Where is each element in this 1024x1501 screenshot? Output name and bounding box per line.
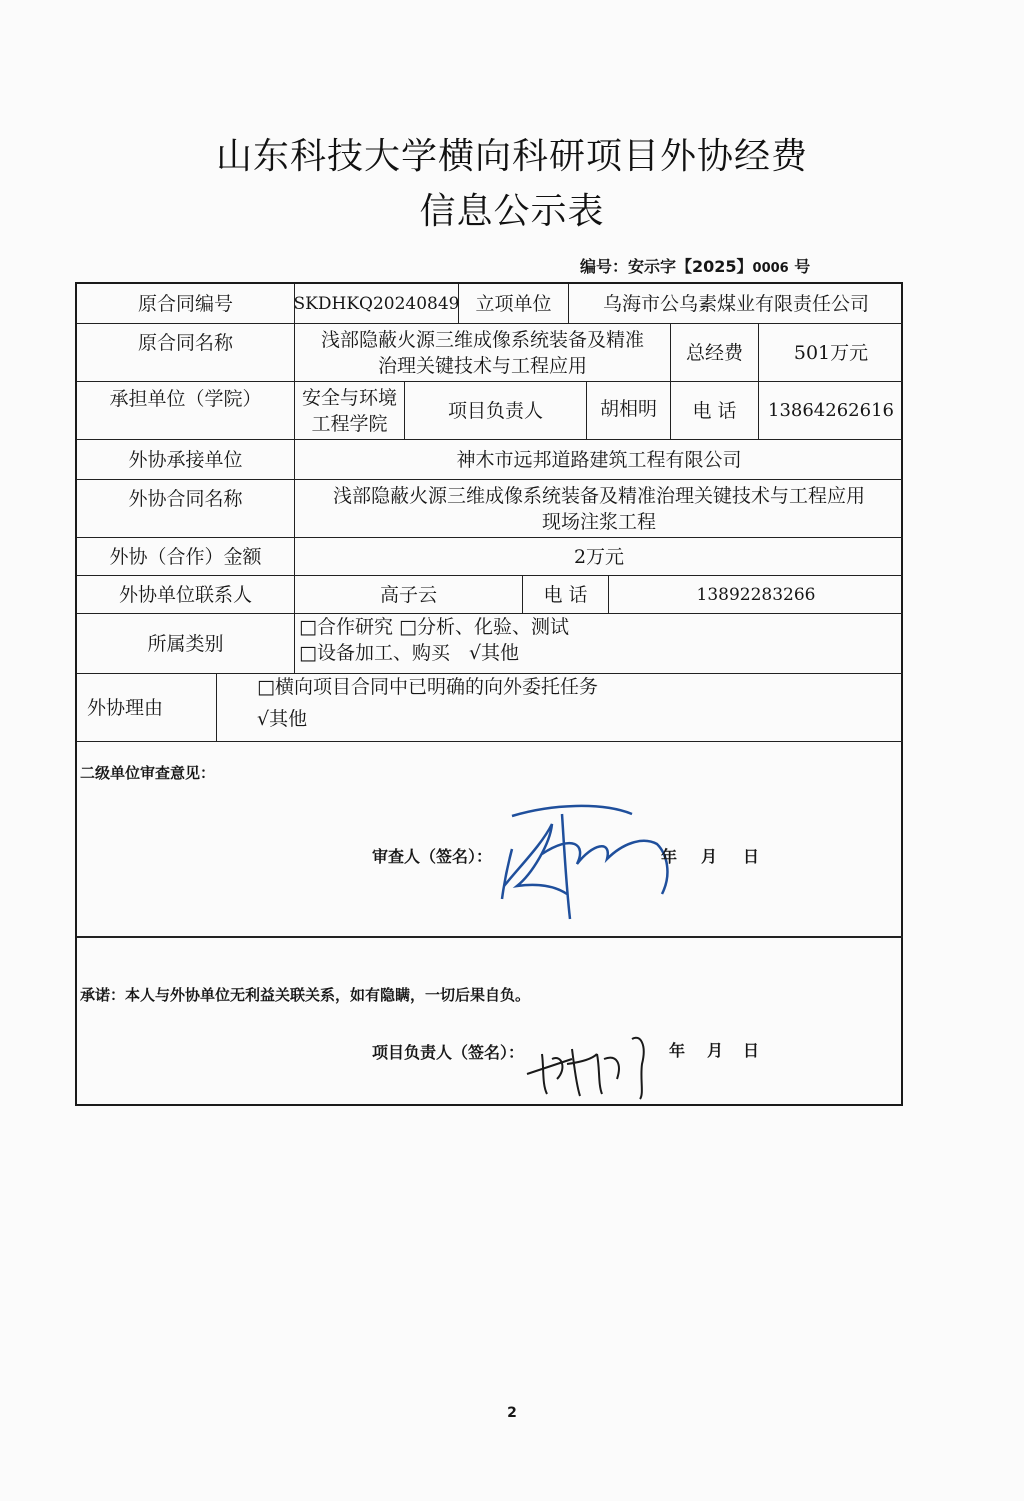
label-outsourcing-amount: 外协（合作）金额 — [77, 538, 295, 576]
label-project-unit: 立项单位 — [459, 284, 569, 324]
label-outsourcing-contact: 外协单位联系人 — [77, 576, 295, 614]
info-table: 原合同编号 SKDHKQ20240849 立项单位 乌海市公乌素煤业有限责任公司… — [75, 282, 903, 1106]
outsourcing-amount: 2万元 — [295, 538, 903, 576]
project-unit: 乌海市公乌素煤业有限责任公司 — [569, 284, 903, 324]
document-title-line1: 山东科技大学横向科研项目外协经费 — [0, 128, 1024, 179]
phone-2: 13892283266 — [609, 576, 903, 614]
review-date-day: 日 — [743, 844, 759, 867]
doc-number-suffix: 号 — [789, 257, 811, 276]
label-original-contract-name: 原合同名称 — [77, 324, 295, 382]
leader-date-day: 日 — [743, 1038, 759, 1061]
original-contract-name-line1: 浅部隐蔽火源三维成像系统装备及精准 — [321, 327, 644, 353]
document-title-line2: 信息公示表 — [0, 183, 1024, 234]
outsourcing-contact: 高子云 — [295, 576, 523, 614]
original-contract-name-line2: 治理关键技术与工程应用 — [378, 353, 587, 379]
category-options-line2: □设备加工、购买 √其他 — [299, 640, 519, 666]
leader-signature-label: 项目负责人（签名）： — [372, 1040, 524, 1063]
promise-statement: 承诺：本人与外协单位无利益关联关系，如有隐瞒，一切后果自负。 — [80, 984, 530, 1005]
leader-date-year: 年 — [669, 1038, 685, 1061]
original-contract-no: SKDHKQ20240849 — [295, 284, 459, 324]
category-options-line1: □合作研究 □分析、化验、测试 — [299, 614, 569, 640]
label-total-funds: 总经费 — [671, 324, 759, 382]
label-project-leader: 项目负责人 — [405, 382, 587, 440]
outsourcing-contract-name: 浅部隐蔽火源三维成像系统装备及精准治理关键技术与工程应用 现场注浆工程 — [295, 480, 903, 538]
outsourcing-reason-options: □横向项目合同中已明确的向外委托任务 √其他 — [217, 674, 903, 742]
leader-signature — [522, 1024, 682, 1104]
label-category: 所属类别 — [77, 614, 295, 674]
review-date-year: 年 — [661, 844, 677, 867]
doc-number-prefix: 编号：安示字【2025】 — [580, 257, 753, 276]
category-options: □合作研究 □分析、化验、测试 □设备加工、购买 √其他 — [295, 614, 903, 674]
phone-1: 13864262616 — [759, 382, 903, 440]
review-date-month: 月 — [701, 844, 717, 867]
outsourcing-contract-name-line2: 现场注浆工程 — [542, 509, 656, 535]
leader-date-month: 月 — [707, 1038, 723, 1061]
outsourcing-unit: 神木市远邦道路建筑工程有限公司 — [295, 440, 903, 480]
total-funds: 501万元 — [759, 324, 903, 382]
doc-number-value: 0006 — [753, 261, 789, 276]
label-undertaking-unit: 承担单位（学院） — [77, 382, 295, 440]
label-outsourcing-reason: 外协理由 — [77, 674, 217, 742]
label-original-contract-no: 原合同编号 — [77, 284, 295, 324]
section-divider — [77, 936, 903, 938]
label-phone-1: 电 话 — [671, 382, 759, 440]
page-number: 2 — [0, 1405, 1024, 1421]
reviewer-signature-label: 审查人（签名）： — [372, 844, 492, 867]
undertaking-unit-line2: 工程学院 — [311, 411, 387, 437]
label-phone-2: 电 话 — [523, 576, 609, 614]
undertaking-unit: 安全与环境 工程学院 — [295, 382, 405, 440]
document-number: 编号：安示字【2025】0006 号 — [580, 254, 810, 277]
reason-option-1: □横向项目合同中已明确的向外委托任务 — [257, 674, 598, 700]
review-opinion-label: 二级单位审查意见： — [80, 762, 215, 783]
label-outsourcing-unit: 外协承接单位 — [77, 440, 295, 480]
project-leader: 胡相明 — [587, 382, 671, 440]
reason-option-2: √其他 — [257, 706, 307, 732]
undertaking-unit-line1: 安全与环境 — [302, 385, 397, 411]
outsourcing-contract-name-line1: 浅部隐蔽火源三维成像系统装备及精准治理关键技术与工程应用 — [333, 483, 865, 509]
original-contract-name: 浅部隐蔽火源三维成像系统装备及精准 治理关键技术与工程应用 — [295, 324, 671, 382]
label-outsourcing-contract-name: 外协合同名称 — [77, 480, 295, 538]
